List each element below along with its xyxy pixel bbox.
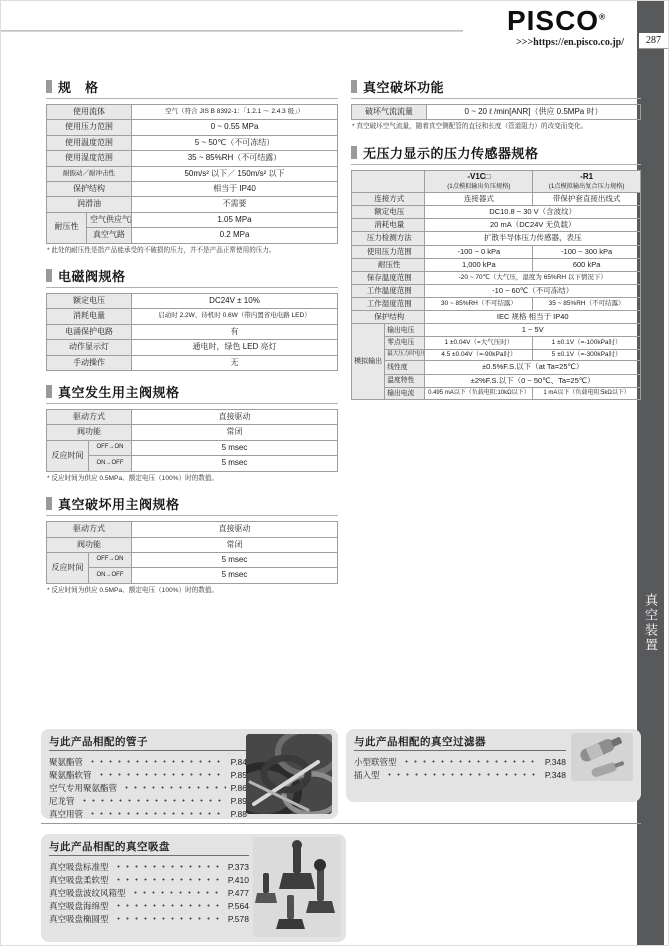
vacuum-gen-valve-table: 驱动方式直接驱动 阀功能常闭 反应时间OFF→ON5 msec ON→OFF5 … bbox=[46, 409, 338, 472]
page-ref: P.84 bbox=[231, 757, 247, 767]
table-row: ON→OFF5 msec bbox=[47, 568, 338, 583]
panel-title: 与此产品相配的真空吸盘 bbox=[49, 839, 249, 856]
cell-value: 通电时，绿色 LED 亮灯 bbox=[132, 340, 338, 355]
cell-value: 20 mA（DC24V 无负载） bbox=[425, 219, 641, 232]
cell-label: 压力检测方法 bbox=[352, 232, 425, 245]
table-row: 保存温度范围-20 ~ 70℃（大气压，湿度为 65%RH 以下情况下） bbox=[352, 271, 641, 284]
product-name: 尼龙管 bbox=[49, 795, 75, 807]
cell-value: 4.5 ±0.04V（=-90kPa时） bbox=[425, 349, 533, 361]
section-marker-icon bbox=[351, 80, 357, 93]
table-row: 使用温度范围5 ~ 50℃（不可冻结） bbox=[47, 135, 338, 150]
section-header: 真空破坏用主阀规格 bbox=[46, 494, 338, 516]
cell-value: -10 ~ 60℃（不可冻结） bbox=[425, 284, 641, 297]
cell-value: 常闭 bbox=[132, 537, 338, 552]
cell-label: 使用温度范围 bbox=[47, 135, 132, 150]
table-row: 最大压力时电压4.5 ±0.04V（=-90kPa时）5 ±0.1V（=-300… bbox=[352, 349, 641, 361]
table-row: 耐压性空气供应气路1.05 MPa bbox=[47, 212, 338, 227]
page-ref: P.89 bbox=[231, 796, 247, 806]
section-title: 规 格 bbox=[58, 77, 99, 96]
model-name: -R1 bbox=[533, 172, 640, 183]
cell-sublabel: 空气供应气路 bbox=[87, 212, 132, 227]
page-ref: P.348 bbox=[545, 757, 566, 767]
cell-value: ±0.5%F.S.以下（at Ta=25℃） bbox=[425, 361, 641, 374]
list-item: 空气专用聚氨酯管P.86 bbox=[49, 781, 247, 794]
section-header: 真空发生用主阀规格 bbox=[46, 382, 338, 404]
cell-value: IEC 规格 相当于 IP40 bbox=[425, 311, 641, 324]
page-ref: P.373 bbox=[228, 862, 249, 872]
vacuum-break-valve-table: 驱动方式直接驱动 阀功能常闭 反应时间OFF→ON5 msec ON→OFF5 … bbox=[46, 521, 338, 584]
footnote: * 真空破坏空气流量，随着真空侧配管的直径和长度（管道阻力）的改变而变化。 bbox=[352, 123, 641, 132]
cell-value: -100 ~ 0 kPa bbox=[425, 245, 533, 258]
pressure-sensor-table: -V1C□ (1点模拟输出负压规格) -R1 (1点模拟输出复合压力规格) 连接… bbox=[351, 170, 641, 400]
cell-value: 5 msec bbox=[132, 456, 338, 471]
table-row: 消耗电量启动时 2.2W、待机时 0.6W（带内置省电电路 LED） bbox=[47, 309, 338, 324]
section-vacuum-gen-valve: 真空发生用主阀规格 驱动方式直接驱动 阀功能常闭 反应时间OFF→ON5 mse… bbox=[46, 382, 338, 483]
table-row: 动作显示灯通电时，绿色 LED 亮灯 bbox=[47, 340, 338, 355]
cell-label: 电涌保护电路 bbox=[47, 324, 132, 339]
page-ref: P.410 bbox=[228, 875, 249, 885]
cell-value: 5 ~ 50℃（不可冻结） bbox=[132, 135, 338, 150]
cell-label: 保存温度范围 bbox=[352, 271, 425, 284]
product-name: 聚氨酯管 bbox=[49, 756, 83, 768]
product-name: 真空吸盘海绵型 bbox=[49, 900, 109, 912]
cell-value: 35 ~ 85%RH（不可结露） bbox=[533, 298, 641, 311]
product-name: 小型联管型 bbox=[354, 756, 397, 768]
catalog-page: PISCO® >>>https://en.pisco.co.jp/ 287 真空… bbox=[0, 0, 669, 946]
cell-value: 1 ±0.04V（=大气压时） bbox=[425, 337, 533, 349]
cell-value: 5 msec bbox=[132, 552, 338, 567]
tubes-photo bbox=[246, 734, 332, 814]
cell-sublabel: 线性度 bbox=[385, 361, 425, 374]
cell-label: 工作温度范围 bbox=[352, 284, 425, 297]
related-tubes-panel: 与此产品相配的管子 聚氨酯管P.84 聚氨酯软管P.85 空气专用聚氨酯管P.8… bbox=[41, 729, 338, 819]
registered-mark-icon: ® bbox=[599, 13, 606, 22]
list-item: 真空吸盘波纹风箱型P.477 bbox=[49, 886, 249, 899]
table-header-row: -V1C□ (1点模拟输出负压规格) -R1 (1点模拟输出复合压力规格) bbox=[352, 170, 641, 192]
section-header: 规 格 bbox=[46, 77, 338, 99]
panel-body: 与此产品相配的管子 聚氨酯管P.84 聚氨酯软管P.85 空气专用聚氨酯管P.8… bbox=[49, 734, 247, 820]
panel-title: 与此产品相配的真空过滤器 bbox=[354, 734, 566, 751]
list-item: 真空用管P.88 bbox=[49, 807, 247, 820]
cell-sublabel: 最大压力时电压 bbox=[385, 349, 425, 361]
cell-group-label: 模拟输出 bbox=[352, 324, 385, 399]
cell-value: 1 mA以下（负载电阻:5kΩ以下） bbox=[533, 387, 641, 399]
cell-value: 0.495 mA以下（负载电阻:10kΩ以下） bbox=[425, 387, 533, 399]
cell-value: 5 ±0.1V（=-300kPa时） bbox=[533, 349, 641, 361]
cell-value: 35 ~ 85%RH（不可结露） bbox=[132, 151, 338, 166]
table-row: 线性度±0.5%F.S.以下（at Ta=25℃） bbox=[352, 361, 641, 374]
side-index-bar bbox=[637, 1, 664, 946]
table-row: 使用流体空气（符合 JIS B 8392-1：「1.2.1 ～ 2.4.3 级」… bbox=[47, 105, 338, 120]
cell-label: 使用湿度范围 bbox=[47, 151, 132, 166]
cell-sublabel: ON→OFF bbox=[89, 456, 132, 471]
dot-leader bbox=[114, 875, 223, 884]
cell-blank bbox=[352, 170, 425, 192]
cell-label: 额定电压 bbox=[352, 206, 425, 219]
cell-value: 直接驱动 bbox=[132, 410, 338, 425]
product-name: 真空吸盘标准型 bbox=[49, 861, 109, 873]
cell-sublabel: 真空气路 bbox=[87, 228, 132, 243]
cell-value: 1.05 MPa bbox=[132, 212, 338, 227]
sensor-col1-header: -V1C□ (1点模拟输出负压规格) bbox=[425, 170, 533, 192]
table-row: 使用湿度范围35 ~ 85%RH（不可结露） bbox=[47, 151, 338, 166]
cell-sublabel: ON→OFF bbox=[89, 568, 132, 583]
table-row: 耐振动／耐冲击性50m/s² 以下／ 150m/s² 以下 bbox=[47, 166, 338, 181]
pads-photo-image bbox=[253, 837, 341, 937]
table-row: 工作温度范围-10 ~ 60℃（不可冻结） bbox=[352, 284, 641, 297]
cell-label: 润滑油 bbox=[47, 197, 132, 212]
table-row: 零点电压1 ±0.04V（=大气压时）1 ±0.1V（=-100kPa时） bbox=[352, 337, 641, 349]
dot-leader bbox=[88, 757, 226, 766]
cell-value: -100 ~ 300 kPa bbox=[533, 245, 641, 258]
table-row: 使用压力范围0 ~ 0.55 MPa bbox=[47, 120, 338, 135]
cell-value: 30 ~ 85%RH（不可结露） bbox=[425, 298, 533, 311]
cell-value: 相当于 IP40 bbox=[132, 181, 338, 196]
cell-value: 扩散半导体压力传感器，表压 bbox=[425, 232, 641, 245]
product-name: 真空用管 bbox=[49, 808, 83, 820]
cell-value: 1,000 kPa bbox=[425, 258, 533, 271]
section-title: 真空发生用主阀规格 bbox=[58, 382, 180, 401]
page-ref: P.88 bbox=[231, 809, 247, 819]
cell-group-label: 耐压性 bbox=[47, 212, 87, 243]
cell-label: 工作湿度范围 bbox=[352, 298, 425, 311]
sensor-col2-header: -R1 (1点模拟输出复合压力规格) bbox=[533, 170, 641, 192]
panel-body: 与此产品相配的真空过滤器 小型联管型P.348 插入型P.348 bbox=[354, 734, 566, 781]
cell-value: 0 ~ 20 ℓ /min[ANR]（供应 0.5MPa 时） bbox=[427, 105, 641, 120]
cell-label: 消耗电量 bbox=[352, 219, 425, 232]
list-item: 真空吸盘海绵型P.564 bbox=[49, 899, 249, 912]
page-ref: P.86 bbox=[231, 783, 247, 793]
cell-label: 额定电压 bbox=[47, 294, 132, 309]
model-name: -V1C□ bbox=[425, 172, 532, 183]
cell-label: 驱动方式 bbox=[47, 410, 132, 425]
section-marker-icon bbox=[351, 146, 357, 159]
cell-label: 耐振动／耐冲击性 bbox=[47, 166, 132, 181]
cell-value: 600 kPa bbox=[533, 258, 641, 271]
page-ref: P.477 bbox=[228, 888, 249, 898]
cell-value: 带保护套直接出线式 bbox=[533, 193, 641, 206]
model-desc: (1点模拟输出复合压力规格) bbox=[533, 183, 640, 191]
table-row: 反应时间OFF→ON5 msec bbox=[47, 440, 338, 455]
website-url: >>>https://en.pisco.co.jp/ bbox=[516, 37, 624, 48]
cell-label: 连接方式 bbox=[352, 193, 425, 206]
cell-label: 手动操作 bbox=[47, 355, 132, 370]
table-row: 反应时间OFF→ON5 msec bbox=[47, 552, 338, 567]
table-row: 耐压性1,000 kPa600 kPa bbox=[352, 258, 641, 271]
cell-value: 直接驱动 bbox=[132, 522, 338, 537]
cell-value: 1 ±0.1V（=-100kPa时） bbox=[533, 337, 641, 349]
list-item: 真空吸盘标准型P.373 bbox=[49, 860, 249, 873]
cell-value: 0 ~ 0.55 MPa bbox=[132, 120, 338, 135]
page-ref: P.348 bbox=[545, 770, 566, 780]
list-item: 插入型P.348 bbox=[354, 768, 566, 781]
table-row: 手动操作无 bbox=[47, 355, 338, 370]
cell-label: 阀功能 bbox=[47, 537, 132, 552]
cell-sublabel: 零点电压 bbox=[385, 337, 425, 349]
cell-label: 阀功能 bbox=[47, 425, 132, 440]
list-item: 尼龙管P.89 bbox=[49, 794, 247, 807]
table-row: 压力检测方法扩散半导体压力传感器，表压 bbox=[352, 232, 641, 245]
cell-sublabel: 温度特性 bbox=[385, 374, 425, 387]
brand-text: PISCO bbox=[507, 5, 599, 36]
dot-leader bbox=[385, 770, 540, 779]
page-number: 287 bbox=[639, 33, 668, 48]
table-row: 电涌保护电路有 bbox=[47, 324, 338, 339]
list-item: 聚氨酯管P.84 bbox=[49, 755, 247, 768]
header-rule bbox=[1, 30, 463, 32]
tubes-photo-image bbox=[246, 734, 332, 814]
cell-label: 破坏气流流量 bbox=[352, 105, 427, 120]
dot-leader bbox=[80, 796, 226, 805]
cell-label: 使用压力范围 bbox=[352, 245, 425, 258]
dot-leader bbox=[88, 809, 226, 818]
table-row: ON→OFF5 msec bbox=[47, 456, 338, 471]
dot-leader bbox=[131, 888, 223, 897]
filters-photo bbox=[571, 733, 633, 781]
table-row: 驱动方式直接驱动 bbox=[47, 522, 338, 537]
cell-label: 保护结构 bbox=[352, 311, 425, 324]
section-marker-icon bbox=[46, 385, 52, 398]
page-ref: P.578 bbox=[228, 914, 249, 924]
table-row: 驱动方式直接驱动 bbox=[47, 410, 338, 425]
cell-value: 连接器式 bbox=[425, 193, 533, 206]
cell-label: 驱动方式 bbox=[47, 522, 132, 537]
cell-label: 使用压力范围 bbox=[47, 120, 132, 135]
cell-value: 空气（符合 JIS B 8392-1：「1.2.1 ～ 2.4.3 级」） bbox=[132, 105, 338, 120]
product-name: 空气专用聚氨酯管 bbox=[49, 782, 117, 794]
model-desc: (1点模拟输出负压规格) bbox=[425, 183, 532, 191]
dot-leader bbox=[402, 757, 540, 766]
cell-value: 5 msec bbox=[132, 568, 338, 583]
section-header: 电磁阀规格 bbox=[46, 266, 338, 288]
table-row: 破坏气流流量0 ~ 20 ℓ /min[ANR]（供应 0.5MPa 时） bbox=[352, 105, 641, 120]
cell-sublabel: OFF→ON bbox=[89, 552, 132, 567]
cell-sublabel: OFF→ON bbox=[89, 440, 132, 455]
table-row: 保护结构相当于 IP40 bbox=[47, 181, 338, 196]
cell-value: 5 msec bbox=[132, 440, 338, 455]
panel-body: 与此产品相配的真空吸盘 真空吸盘标准型P.373 真空吸盘柔软型P.410 真空… bbox=[49, 839, 249, 925]
product-name: 真空吸盘柔软型 bbox=[49, 874, 109, 886]
cell-value: ±2%F.S.以下（0 ~ 50℃、Ta=25℃） bbox=[425, 374, 641, 387]
pads-photo bbox=[253, 837, 341, 937]
cell-value: 常闭 bbox=[132, 425, 338, 440]
section-title: 真空破坏用主阀规格 bbox=[58, 494, 180, 513]
related-filters-panel: 与此产品相配的真空过滤器 小型联管型P.348 插入型P.348 bbox=[346, 729, 641, 802]
list-item: 真空吸盘柔软型P.410 bbox=[49, 873, 249, 886]
cell-label: 动作显示灯 bbox=[47, 340, 132, 355]
section-spec: 规 格 使用流体空气（符合 JIS B 8392-1：「1.2.1 ～ 2.4.… bbox=[46, 77, 338, 255]
table-row: 连接方式连接器式带保护套直接出线式 bbox=[352, 193, 641, 206]
related-pads-panel: 与此产品相配的真空吸盘 真空吸盘标准型P.373 真空吸盘柔软型P.410 真空… bbox=[41, 834, 346, 942]
section-divider bbox=[41, 823, 641, 824]
cell-value: 启动时 2.2W、待机时 0.6W（带内置省电电路 LED） bbox=[132, 309, 338, 324]
vacuum-break-function-table: 破坏气流流量0 ~ 20 ℓ /min[ANR]（供应 0.5MPa 时） bbox=[351, 104, 641, 120]
right-column: 真空破坏功能 破坏气流流量0 ~ 20 ℓ /min[ANR]（供应 0.5MP… bbox=[351, 77, 641, 411]
filters-photo-image bbox=[571, 733, 633, 781]
dot-leader bbox=[114, 862, 223, 871]
solenoid-table: 额定电压DC24V ± 10% 消耗电量启动时 2.2W、待机时 0.6W（带内… bbox=[46, 293, 338, 371]
cell-sublabel: 输出电流 bbox=[385, 387, 425, 399]
list-item: 聚氨酯软管P.85 bbox=[49, 768, 247, 781]
cell-value: 有 bbox=[132, 324, 338, 339]
section-title: 无压力显示的压力传感器规格 bbox=[363, 143, 539, 162]
table-row: 阀功能常闭 bbox=[47, 537, 338, 552]
cell-group-label: 反应时间 bbox=[47, 440, 89, 471]
table-row: 润滑油不需要 bbox=[47, 197, 338, 212]
section-header: 真空破坏功能 bbox=[351, 77, 641, 99]
product-name: 真空吸盘椭圆型 bbox=[49, 913, 109, 925]
cell-label: 保护结构 bbox=[47, 181, 132, 196]
dot-leader bbox=[114, 901, 223, 910]
table-row: 使用压力范围-100 ~ 0 kPa-100 ~ 300 kPa bbox=[352, 245, 641, 258]
cell-group-label: 反应时间 bbox=[47, 552, 89, 583]
list-item: 真空吸盘椭圆型P.578 bbox=[49, 912, 249, 925]
section-vacuum-break-function: 真空破坏功能 破坏气流流量0 ~ 20 ℓ /min[ANR]（供应 0.5MP… bbox=[351, 77, 641, 132]
cell-label: 耐压性 bbox=[352, 258, 425, 271]
section-title: 电磁阀规格 bbox=[58, 266, 126, 285]
section-marker-icon bbox=[46, 80, 52, 93]
list-item: 小型联管型P.348 bbox=[354, 755, 566, 768]
cell-value: 无 bbox=[132, 355, 338, 370]
table-row: 保护结构IEC 规格 相当于 IP40 bbox=[352, 311, 641, 324]
left-column: 规 格 使用流体空气（符合 JIS B 8392-1：「1.2.1 ～ 2.4.… bbox=[46, 77, 338, 606]
cell-value: DC24V ± 10% bbox=[132, 294, 338, 309]
cell-label: 使用流体 bbox=[47, 105, 132, 120]
dot-leader bbox=[122, 783, 226, 792]
cell-value: 50m/s² 以下／ 150m/s² 以下 bbox=[132, 166, 338, 181]
cell-value: 不需要 bbox=[132, 197, 338, 212]
cell-value: -20 ~ 70℃（大气压，湿度为 65%RH 以下情况下） bbox=[425, 271, 641, 284]
table-row: 模拟输出输出电压1 ~ 5V bbox=[352, 324, 641, 337]
table-row: 阀功能常闭 bbox=[47, 425, 338, 440]
panel-title: 与此产品相配的管子 bbox=[49, 734, 247, 751]
table-row: 温度特性±2%F.S.以下（0 ~ 50℃、Ta=25℃） bbox=[352, 374, 641, 387]
cell-value: DC10.8 ~ 30 V（含波纹） bbox=[425, 206, 641, 219]
dot-leader bbox=[114, 914, 223, 923]
cell-value: 0.2 MPa bbox=[132, 228, 338, 243]
table-row: 消耗电量20 mA（DC24V 无负载） bbox=[352, 219, 641, 232]
footnote: * 反应时间为供应 0.5MPa、额定电压（100%）时的数值。 bbox=[47, 587, 338, 596]
table-row: 额定电压DC24V ± 10% bbox=[47, 294, 338, 309]
spec-table: 使用流体空气（符合 JIS B 8392-1：「1.2.1 ～ 2.4.3 级」… bbox=[46, 104, 338, 244]
product-name: 聚氨酯软管 bbox=[49, 769, 92, 781]
dot-leader bbox=[97, 770, 226, 779]
table-row: 额定电压DC10.8 ~ 30 V（含波纹） bbox=[352, 206, 641, 219]
cell-label: 消耗电量 bbox=[47, 309, 132, 324]
section-title: 真空破坏功能 bbox=[363, 77, 444, 96]
footnote: * 反应时间为供应 0.5MPa、额定电压（100%）时的数值。 bbox=[47, 475, 338, 484]
footnote: * 此处的耐压性是指产品能承受的不破损的压力，并不是产品正常使用的压力。 bbox=[47, 247, 338, 256]
cell-sublabel: 输出电压 bbox=[385, 324, 425, 337]
side-tab-vacuum-equipment: 真空装置 bbox=[637, 575, 664, 671]
table-row: 真空气路0.2 MPa bbox=[47, 228, 338, 243]
section-pressure-sensor: 无压力显示的压力传感器规格 -V1C□ (1点模拟输出负压规格) -R1 (1点… bbox=[351, 143, 641, 400]
cell-value: 1 ~ 5V bbox=[425, 324, 641, 337]
page-ref: P.564 bbox=[228, 901, 249, 911]
product-name: 真空吸盘波纹风箱型 bbox=[49, 887, 126, 899]
section-marker-icon bbox=[46, 269, 52, 282]
pisco-logo: PISCO® bbox=[507, 5, 606, 37]
section-header: 无压力显示的压力传感器规格 bbox=[351, 143, 641, 165]
table-row: 输出电流0.495 mA以下（负载电阻:10kΩ以下）1 mA以下（负载电阻:5… bbox=[352, 387, 641, 399]
product-name: 插入型 bbox=[354, 769, 380, 781]
section-vacuum-break-valve: 真空破坏用主阀规格 驱动方式直接驱动 阀功能常闭 反应时间OFF→ON5 mse… bbox=[46, 494, 338, 595]
section-marker-icon bbox=[46, 497, 52, 510]
section-solenoid: 电磁阀规格 额定电压DC24V ± 10% 消耗电量启动时 2.2W、待机时 0… bbox=[46, 266, 338, 371]
page-ref: P.85 bbox=[231, 770, 247, 780]
table-row: 工作湿度范围30 ~ 85%RH（不可结露）35 ~ 85%RH（不可结露） bbox=[352, 298, 641, 311]
